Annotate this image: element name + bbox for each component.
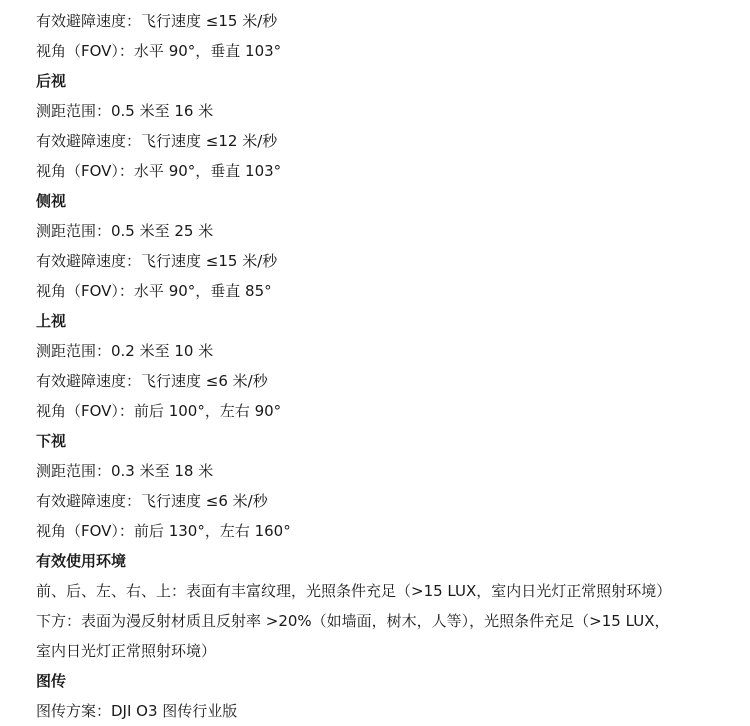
spec-line-rear-obstacle-speed: 有效避障速度：飞行速度 ≤12 米/秒 (36, 126, 736, 156)
spec-line-front-fov: 视角（FOV）：水平 90°，垂直 103° (36, 36, 736, 66)
spec-line-downward-range: 测距范围：0.3 米至 18 米 (36, 456, 736, 486)
spec-line-upward-fov: 视角（FOV）：前后 100°，左右 90° (36, 396, 736, 426)
spec-line-upward-range: 测距范围：0.2 米至 10 米 (36, 336, 736, 366)
spec-line-rear-fov: 视角（FOV）：水平 90°，垂直 103° (36, 156, 736, 186)
spec-line-transmission-system: 图传方案：DJI O3 图传行业版 (36, 696, 736, 726)
spec-line-rear-range: 测距范围：0.5 米至 16 米 (36, 96, 736, 126)
section-heading-upward-vision: 上视 (36, 306, 736, 336)
section-heading-video-transmission: 图传 (36, 666, 736, 696)
spec-line-downward-fov: 视角（FOV）：前后 130°，左右 160° (36, 516, 736, 546)
spec-line-upward-obstacle-speed: 有效避障速度：飞行速度 ≤6 米/秒 (36, 366, 736, 396)
section-heading-rear-vision: 后视 (36, 66, 736, 96)
section-heading-operating-environment: 有效使用环境 (36, 546, 736, 576)
spec-line-downward-obstacle-speed: 有效避障速度：飞行速度 ≤6 米/秒 (36, 486, 736, 516)
section-heading-side-vision: 侧视 (36, 186, 736, 216)
spec-line-front-obstacle-speed: 有效避障速度：飞行速度 ≤15 米/秒 (36, 6, 736, 36)
spec-line-environment-omni: 前、后、左、右、上：表面有丰富纹理，光照条件充足（>15 LUX，室内日光灯正常… (36, 576, 736, 606)
section-heading-downward-vision: 下视 (36, 426, 736, 456)
spec-line-side-fov: 视角（FOV）：水平 90°，垂直 85° (36, 276, 736, 306)
spec-line-environment-downward: 下方：表面为漫反射材质且反射率 >20%（如墙面，树木，人等），光照条件充足（>… (36, 606, 736, 636)
spec-document: 有效避障速度：飞行速度 ≤15 米/秒 视角（FOV）：水平 90°，垂直 10… (36, 6, 736, 726)
spec-line-environment-downward-cont: 室内日光灯正常照射环境） (36, 636, 736, 666)
spec-line-side-obstacle-speed: 有效避障速度：飞行速度 ≤15 米/秒 (36, 246, 736, 276)
spec-line-side-range: 测距范围：0.5 米至 25 米 (36, 216, 736, 246)
